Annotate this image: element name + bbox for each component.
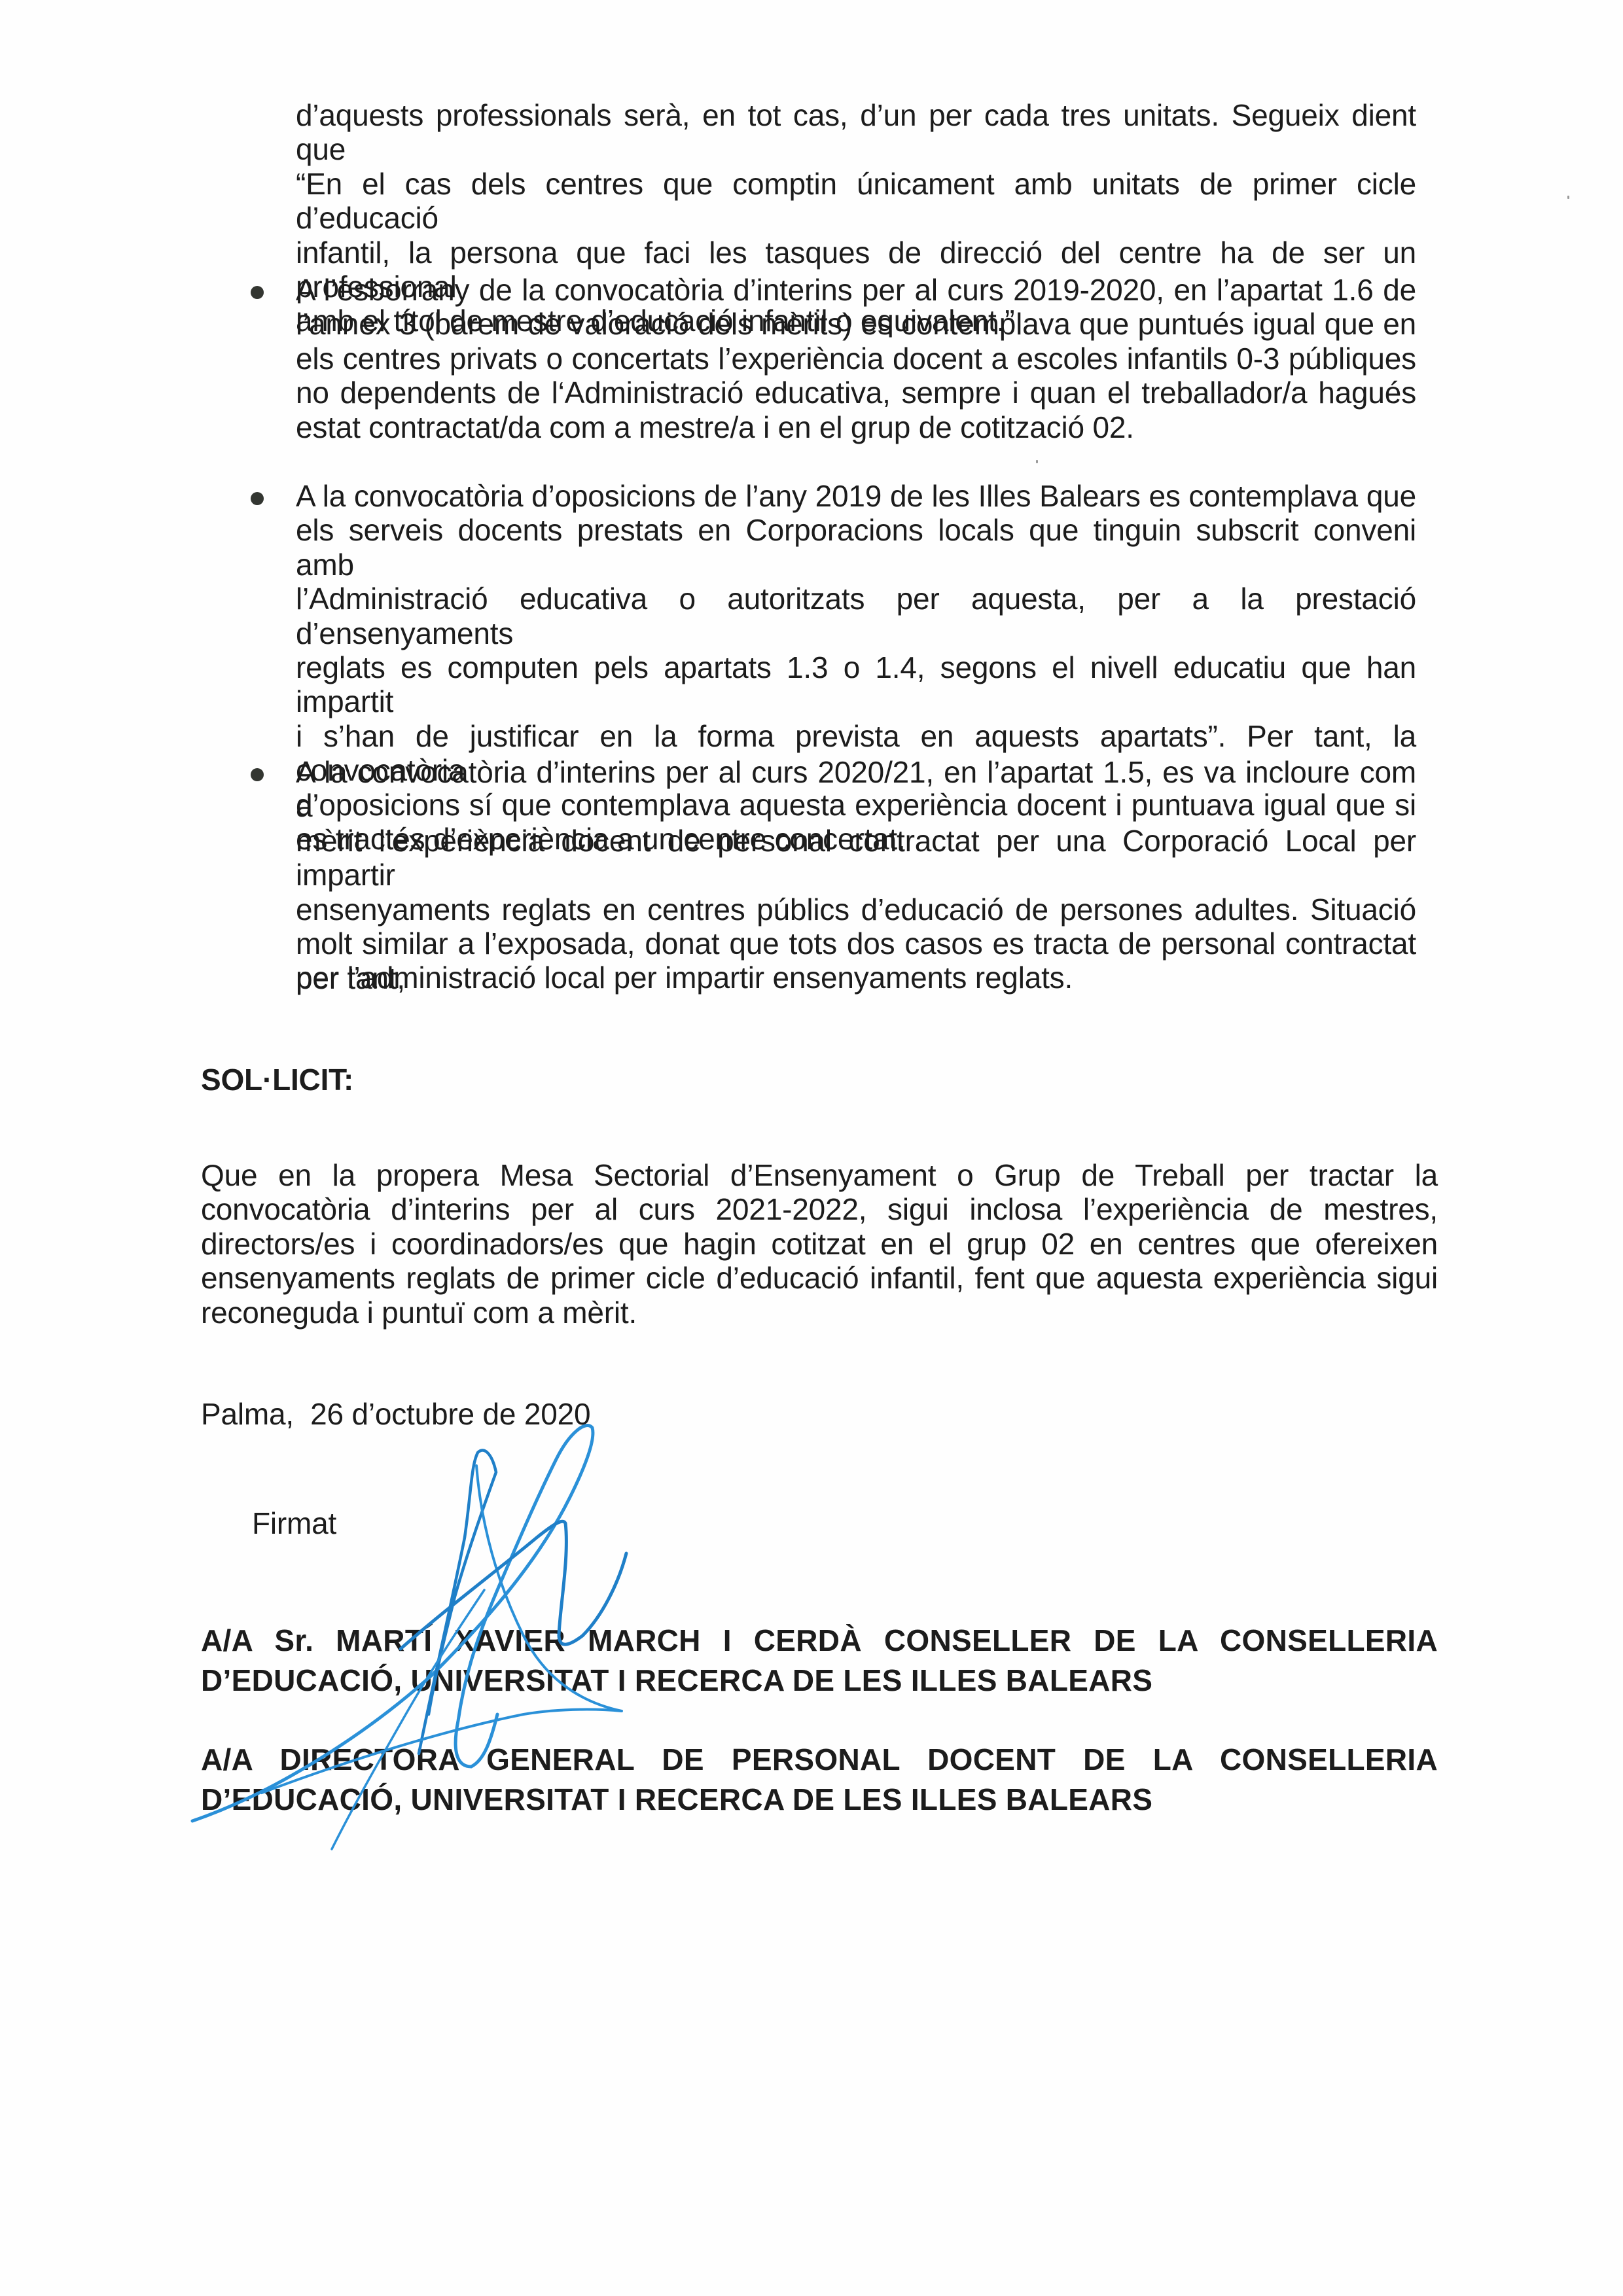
- text-line: d’aquests professionals serà, en tot cas…: [296, 98, 1416, 167]
- text-line: A la convocatòria d’oposicions de l’any …: [296, 479, 1416, 513]
- signed-label: Firmat: [252, 1506, 336, 1540]
- scan-speck: [1567, 196, 1569, 199]
- text-line: ensenyaments reglats de primer cicle d’e…: [201, 1261, 1438, 1295]
- addressee-line: D’EDUCACIÓ, UNIVERSITAT I RECERCA DE LES…: [201, 1780, 1438, 1820]
- text-line: reglats es computen pels apartats 1.3 o …: [296, 650, 1416, 719]
- addressee-block: A/A Sr. MARTÍ XAVIER MARCH I CERDÀ CONSE…: [201, 1621, 1438, 1701]
- text-line: ensenyaments reglats en centres públics …: [296, 892, 1416, 927]
- text-line: “En el cas dels centres que comptin únic…: [296, 167, 1416, 236]
- addressee-line: D’EDUCACIÓ, UNIVERSITAT I RECERCA DE LES…: [201, 1661, 1438, 1701]
- bullet-icon: [251, 492, 264, 505]
- addressee-line: A/A Sr. MARTÍ XAVIER MARCH I CERDÀ CONSE…: [201, 1621, 1438, 1661]
- scan-speck: [1036, 460, 1038, 463]
- text-line: directors/es i coordinadors/es que hagin…: [201, 1227, 1438, 1261]
- text-line: l’Administració educativa o autoritzats …: [296, 582, 1416, 650]
- addressee-line: A/A DIRECTORA GENERAL DE PERSONAL DOCENT…: [201, 1740, 1438, 1780]
- place-date: Palma, 26 d’octubre de 2020: [201, 1397, 590, 1431]
- text-line: estat contractat/da com a mestre/a i en …: [296, 410, 1416, 444]
- text-line: mèrit l’experiència docent de personal c…: [296, 824, 1416, 892]
- closing-phrase: per tant,: [296, 961, 405, 995]
- text-line: A la convocatòria d’interins per al curs…: [296, 755, 1416, 824]
- text-line: A l’esborrany de la convocatòria d’inter…: [296, 273, 1416, 307]
- text-line: Que en la propera Mesa Sectorial d’Ensen…: [201, 1158, 1438, 1192]
- text-line: no dependents de l‘Administració educati…: [296, 376, 1416, 410]
- text-line: els centres privats o concertats l’exper…: [296, 342, 1416, 376]
- text-line: reconeguda i puntuï com a mèrit.: [201, 1296, 1438, 1330]
- bullet-item: A l’esborrany de la convocatòria d’inter…: [296, 273, 1416, 444]
- text-line: convocatòria d’interins per al curs 2021…: [201, 1192, 1438, 1226]
- text-line: els serveis docents prestats en Corporac…: [296, 513, 1416, 582]
- request-heading: SOL·LICIT:: [201, 1063, 353, 1097]
- bullet-item: A la convocatòria d’interins per al curs…: [296, 755, 1416, 995]
- addressee-block: A/A DIRECTORA GENERAL DE PERSONAL DOCENT…: [201, 1740, 1438, 1820]
- text-line: l’annex 3 (barem de valoració dels mèrit…: [296, 307, 1416, 341]
- request-paragraph: Que en la propera Mesa Sectorial d’Ensen…: [201, 1158, 1438, 1330]
- document-page: d’aquests professionals serà, en tot cas…: [0, 0, 1623, 2296]
- text-line: molt similar a l’exposada, donat que tot…: [296, 927, 1416, 961]
- scan-speck: [1286, 909, 1288, 912]
- text-line: per l’administració local per impartir e…: [296, 961, 1416, 995]
- bullet-icon: [251, 768, 264, 781]
- bullet-icon: [251, 286, 264, 299]
